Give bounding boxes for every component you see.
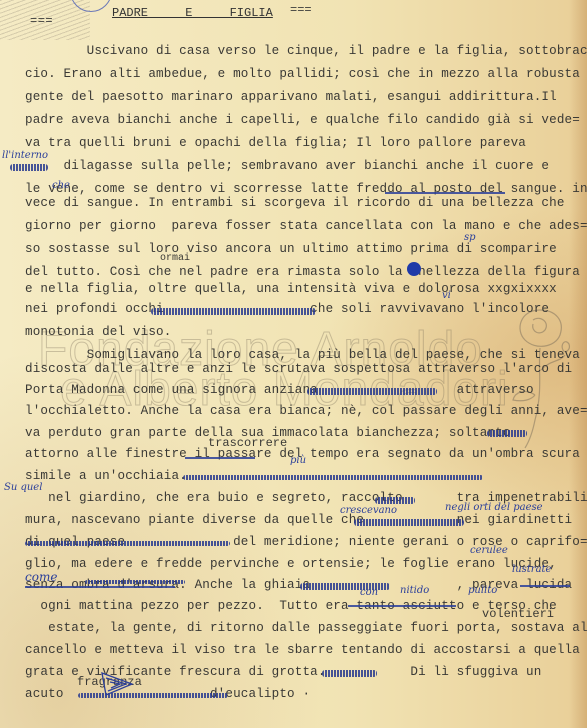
scribble-deletion xyxy=(151,308,316,315)
annotation: cerulee xyxy=(470,545,508,556)
document-page: === PADRE E FIGLIA === Fondazione Arnold… xyxy=(0,0,587,728)
text-line: del tutto. Così che nel padre era rimast… xyxy=(25,265,580,279)
ink-blot xyxy=(407,262,421,276)
header-right-marker: === xyxy=(290,3,312,17)
text-line: l'occhialetto. Anche la casa era bianca;… xyxy=(25,404,587,418)
strikethrough xyxy=(25,586,175,588)
annotation: pulito xyxy=(468,585,497,596)
scribble-deletion xyxy=(354,519,464,526)
annotation: crescevano xyxy=(340,505,397,516)
text-line: vece di sangue. In entrambi si scorgeva … xyxy=(25,196,565,210)
scribble-deletion xyxy=(307,388,437,395)
text-line: cio. Erano alti ambedue, e molto pallidi… xyxy=(25,67,580,81)
text-line: glio, ma edere e fredde pervinche e orte… xyxy=(25,557,557,571)
scribble-deletion xyxy=(375,497,415,504)
annotation: ormai xyxy=(160,253,190,264)
annotation: che xyxy=(52,180,70,191)
annotation: ll'interno xyxy=(2,150,48,161)
annotation: nitido xyxy=(400,585,429,596)
text-line: Somigliavano la loro casa, la più bella … xyxy=(25,348,580,362)
text-line: e nella figlia, oltre quella, una intens… xyxy=(25,282,557,296)
text-line: gente del paesotto marinaro apparivano m… xyxy=(25,90,557,104)
scribble-deletion xyxy=(183,475,483,480)
text-line: va tra quelli bruni e opachi della figli… xyxy=(25,136,526,150)
text-line: dilagasse sulla pelle; sembravano aver b… xyxy=(25,159,549,173)
text-line: Uscivano di casa verso le cinque, il pad… xyxy=(25,44,587,58)
triangle-logo-icon xyxy=(98,670,136,698)
document-title: PADRE E FIGLIA xyxy=(112,6,273,20)
text-line: mura, nascevano piante diverse da quelle… xyxy=(25,513,572,527)
annotation: vi xyxy=(442,290,451,301)
scribble-deletion xyxy=(85,580,185,584)
annotation: come xyxy=(25,570,57,584)
annotation: sp xyxy=(464,232,476,243)
annotation: volentieri xyxy=(482,607,554,621)
annotation: negli orti del paese xyxy=(445,502,543,513)
scribble-deletion xyxy=(25,541,230,546)
text-line: so sostasse sul loro viso ancora un ulti… xyxy=(25,242,557,256)
text-line: estate, la gente, di ritorno dalle passe… xyxy=(25,621,587,635)
margin-scribble xyxy=(10,164,48,171)
strikethrough xyxy=(520,585,570,587)
text-line: cancello e metteva il viso tra le sbarre… xyxy=(25,643,580,657)
strikethrough xyxy=(348,605,456,607)
text-line: discosta dalle altre e anzi le scrutava … xyxy=(25,362,572,376)
text-line: giorno per giorno pareva fosser stata ca… xyxy=(25,219,587,233)
scribble-deletion xyxy=(487,430,527,437)
scribble-deletion xyxy=(300,583,390,590)
scribble-deletion xyxy=(322,670,377,677)
text-line: Porta Madonna come una signora anziana a… xyxy=(25,383,534,397)
annotation: trascorrere xyxy=(208,436,287,450)
annotation: più xyxy=(290,455,306,466)
header-left-marker: === xyxy=(30,14,53,28)
text-line: ogni mattina pezzo per pezzo. Tutto era … xyxy=(25,599,557,613)
text-line: monotonia del viso. xyxy=(25,325,171,339)
strikethrough xyxy=(185,457,255,459)
annotation: lustrate xyxy=(512,564,551,575)
strikethrough xyxy=(385,192,505,194)
text-line: padre aveva bianchi anche i capelli, e q… xyxy=(25,113,580,127)
text-line: simile a un'occhiaia. xyxy=(25,469,187,483)
annotation: Su quel xyxy=(4,482,42,493)
